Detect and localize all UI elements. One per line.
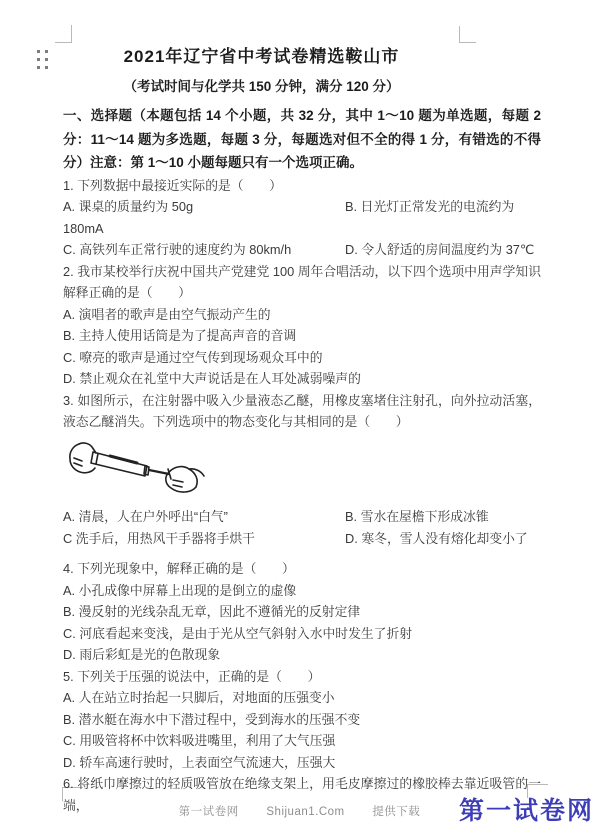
question-5-option-b: B. 潜水艇在海水中下潜过程中，受到海水的压强不变 (63, 709, 541, 731)
question-5-option-c: C. 用吸管将杯中饮料吸进嘴里，利用了大气压强 (63, 730, 541, 752)
question-4-option-b: B. 漫反射的光线杂乱无章，因此不遵循光的反射定律 (63, 601, 541, 623)
question-3-option-b: B. 雪水在屋檐下形成冰锥 (345, 506, 541, 528)
question-5-option-a: A. 人在站立时抬起一只脚后，对地面的压强变小 (63, 687, 541, 709)
question-4-option-a: A. 小孔成像中屏幕上出现的是倒立的虚像 (63, 580, 541, 602)
question-4-option-d: D. 雨后彩虹是光的色散现象 (63, 644, 541, 666)
question-3: 3. 如图所示，在注射器中吸入少量液态乙醚，用橡皮塞堵住注射孔，向外拉动活塞，液… (63, 390, 541, 550)
question-2-option-a: A. 演唱者的歌声是由空气振动产生的 (63, 304, 541, 326)
question-4-option-c: C. 河底看起来变浅，是由于光从空气斜射入水中时发生了折射 (63, 623, 541, 645)
text-boundary-mark-top-left (55, 25, 72, 43)
question-5: 5. 下列关于压强的说法中，正确的是（ ） A. 人在站立时抬起一只脚后，对地面… (63, 666, 541, 774)
footer-site-url: Shijuan1.Com (266, 806, 344, 818)
question-2-option-d: D. 禁止观众在礼堂中大声说话是在人耳处减弱噪声的 (63, 368, 541, 390)
page-subtitle: （考试时间与化学共 150 分钟，满分 120 分） (63, 77, 460, 97)
question-2-stem: 2. 我市某校举行庆祝中国共产党建党 100 周年合唱活动，以下四个选项中用声学… (63, 261, 541, 304)
question-2-option-b: B. 主持人使用话筒是为了提高声音的音调 (63, 325, 541, 347)
drag-handle-dots[interactable] (37, 50, 48, 69)
question-1: 1. 下列数据中最接近实际的是（ ） A. 课桌的质量约为 50g B. 日光灯… (63, 175, 541, 261)
question-1-option-a: A. 课桌的质量约为 50g (63, 196, 345, 218)
question-5-option-d: D. 轿车高速行驶时，上表面空气流速大，压强大 (63, 752, 541, 774)
question-3-option-c: C 洗手后，用热风干手器将手烘干 (63, 528, 345, 550)
document-page: 2021年辽宁省中考试卷精选鞍山市 （考试时间与化学共 150 分钟，满分 12… (0, 0, 599, 829)
question-4: 4. 下列光现象中，解释正确的是（ ） A. 小孔成像中屏幕上出现的是倒立的虚像… (63, 558, 541, 666)
question-1-option-d: D. 令人舒适的房间温度约为 37℃ (345, 239, 541, 261)
question-5-stem: 5. 下列关于压强的说法中，正确的是（ ） (63, 666, 541, 688)
question-2: 2. 我市某校举行庆祝中国共产党建党 100 周年合唱活动，以下四个选项中用声学… (63, 261, 541, 390)
section-intro: 一、选择题（本题包括 14 个小题，共 32 分，其中 1～10 题为单选题，每… (63, 104, 541, 175)
question-3-stem: 3. 如图所示，在注射器中吸入少量液态乙醚，用橡皮塞堵住注射孔，向外拉动活塞，液… (63, 390, 541, 433)
question-3-option-d: D. 寒冬，雪人没有熔化却变小了 (345, 528, 541, 550)
question-1-option-b-wrap: 180mA (63, 218, 541, 240)
watermark-logo: 第一试卷网 (459, 791, 594, 827)
page-title: 2021年辽宁省中考试卷精选鞍山市 (63, 44, 460, 70)
syringe-illustration (65, 436, 205, 498)
question-3-option-a: A. 清晨，人在户外呼出“白气” (63, 506, 345, 528)
document-content: 2021年辽宁省中考试卷精选鞍山市 （考试时间与化学共 150 分钟，满分 12… (63, 44, 541, 816)
footer-download-text: 提供下载 (372, 806, 420, 818)
footer-site-name: 第一试卷网 (179, 806, 239, 818)
question-1-stem: 1. 下列数据中最接近实际的是（ ） (63, 175, 541, 197)
question-4-stem: 4. 下列光现象中，解释正确的是（ ） (63, 558, 541, 580)
text-boundary-mark-top-right (459, 26, 476, 43)
question-1-option-b: B. 日光灯正常发光的电流约为 (345, 196, 541, 218)
question-2-option-c: C. 嘹亮的歌声是通过空气传到现场观众耳中的 (63, 347, 541, 369)
question-1-option-c: C. 高铁列车正常行驶的速度约为 80km/h (63, 239, 345, 261)
